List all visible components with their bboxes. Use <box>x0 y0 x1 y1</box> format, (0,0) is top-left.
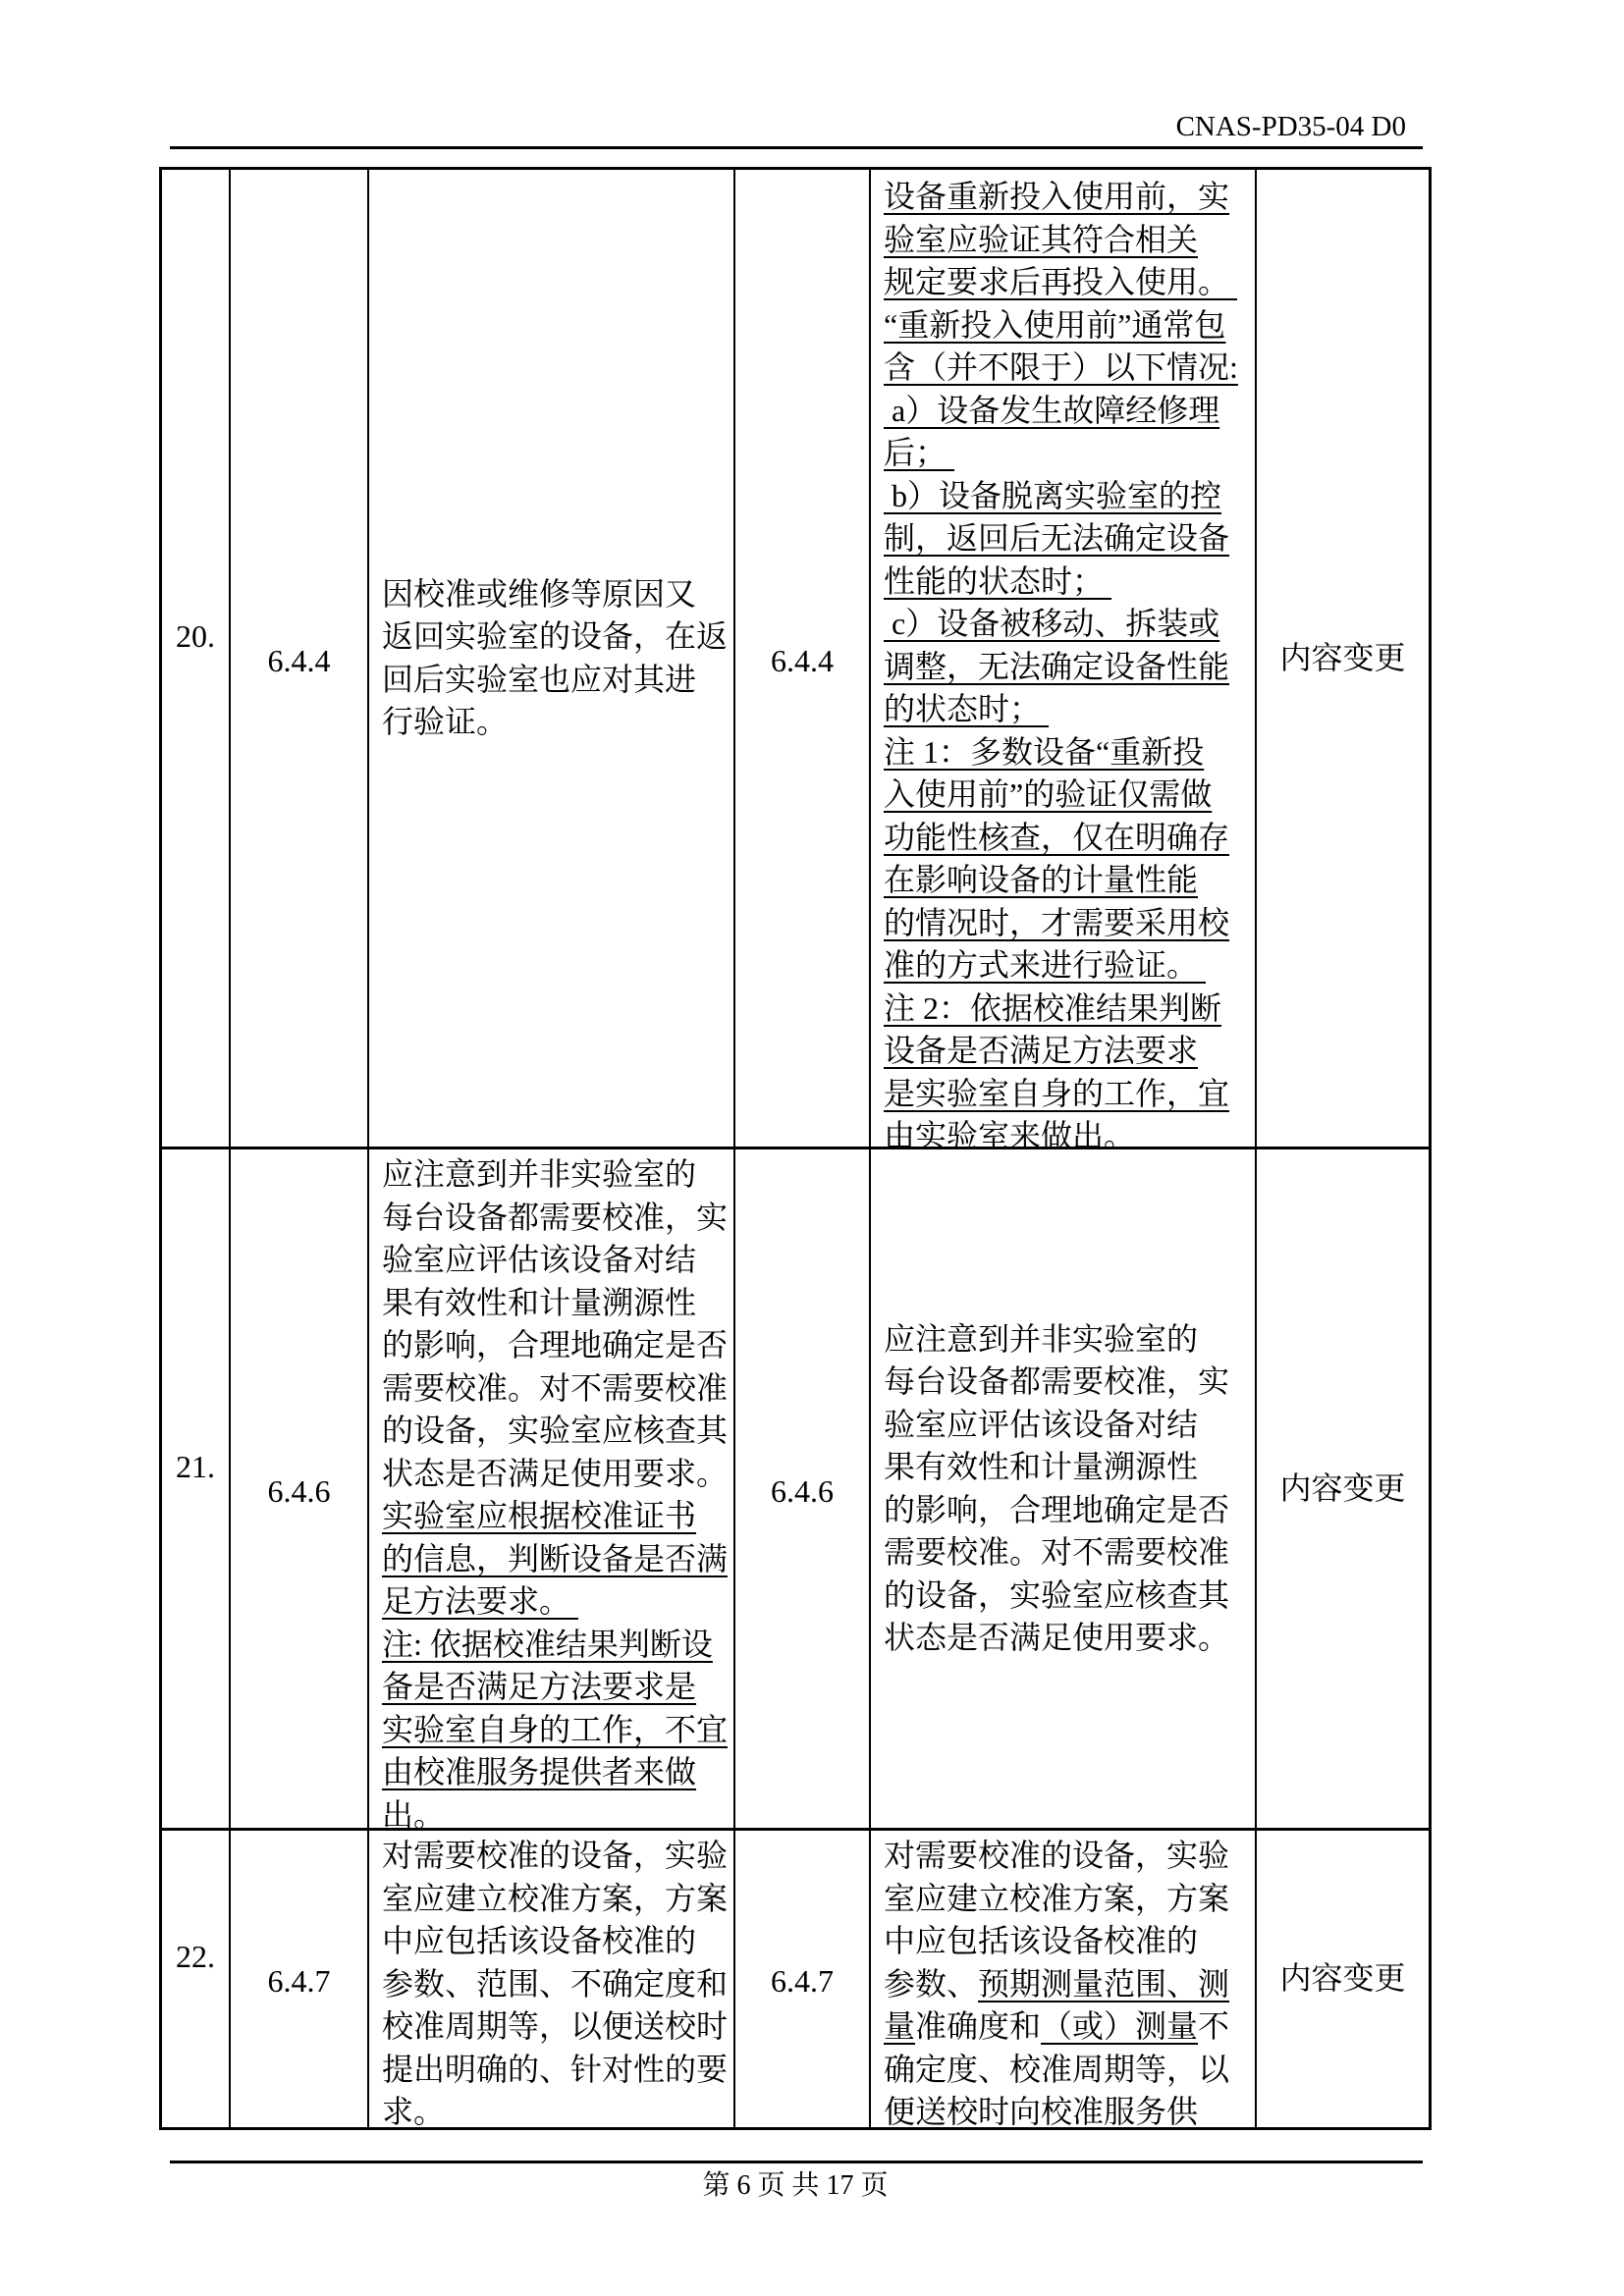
new-clause-cell: 6.4.4 <box>735 170 871 1149</box>
header-rule <box>170 146 1423 149</box>
old-clause-number: 6.4.7 <box>268 1960 331 2003</box>
new-text: 对需要校准的设备，实验 室应建立校准方案，方案 中应包括该设备校准的 参数、预期… <box>884 1835 1249 2127</box>
new-text-cell: 设备重新投入使用前，实 验室应验证其符合相关 规定要求后再投入使用。 “重新投入… <box>871 170 1257 1149</box>
new-text-cell: 应注意到并非实验室的 每台设备都需要校准，实 验室应评估该设备对结 果有效性和计… <box>871 1149 1257 1831</box>
change-type-cell: 内容变更 <box>1257 1149 1429 1831</box>
old-text-cell: 应注意到并非实验室的 每台设备都需要校准，实 验室应评估该设备对结 果有效性和计… <box>369 1149 735 1831</box>
new-text: 设备重新投入使用前，实 验室应验证其符合相关 规定要求后再投入使用。 “重新投入… <box>884 176 1249 1149</box>
row-number: 22. <box>176 1936 215 1979</box>
change-type-cell: 内容变更 <box>1257 1831 1429 2127</box>
new-clause-cell: 6.4.6 <box>735 1149 871 1831</box>
new-clause-cell: 6.4.7 <box>735 1831 871 2127</box>
row-number-cell: 21. <box>162 1149 231 1831</box>
old-text-cell: 对需要校准的设备，实验 室应建立校准方案，方案 中应包括该设备校准的 参数、范围… <box>369 1831 735 2127</box>
old-text: 应注意到并非实验室的 每台设备都需要校准，实 验室应评估该设备对结 果有效性和计… <box>382 1153 728 1831</box>
change-comparison-table: 20. 6.4.4 因校准或维修等原因又 返回实验室的设备，在返 回后实验室也应… <box>159 167 1432 2130</box>
old-text: 因校准或维修等原因又 返回实验室的设备，在返 回后实验室也应对其进 行验证。 <box>382 573 728 744</box>
old-text: 对需要校准的设备，实验 室应建立校准方案，方案 中应包括该设备校准的 参数、范围… <box>382 1835 728 2127</box>
change-type: 内容变更 <box>1279 637 1405 680</box>
page-number: 第 6 页 共 17 页 <box>159 2169 1432 2203</box>
row-number: 20. <box>176 615 215 659</box>
document-code: CNAS-PD35-04 D0 <box>1176 110 1406 143</box>
old-clause-number: 6.4.6 <box>268 1470 331 1514</box>
footer-rule <box>170 2161 1423 2163</box>
change-type: 内容变更 <box>1279 1957 1405 2001</box>
change-type-cell: 内容变更 <box>1257 170 1429 1149</box>
row-number: 21. <box>176 1446 215 1489</box>
old-clause-cell: 6.4.7 <box>231 1831 369 2127</box>
old-clause-number: 6.4.4 <box>268 640 331 683</box>
new-text: 应注意到并非实验室的 每台设备都需要校准，实 验室应评估该设备对结 果有效性和计… <box>884 1318 1249 1660</box>
document-page: CNAS-PD35-04 D0 20. 6.4.4 因校准或维修等原因又 返回实… <box>0 0 1624 2296</box>
old-clause-cell: 6.4.6 <box>231 1149 369 1831</box>
old-clause-cell: 6.4.4 <box>231 170 369 1149</box>
new-clause-number: 6.4.6 <box>771 1470 834 1514</box>
change-type: 内容变更 <box>1279 1468 1405 1511</box>
row-number-cell: 20. <box>162 170 231 1149</box>
new-clause-number: 6.4.7 <box>771 1960 834 2003</box>
row-number-cell: 22. <box>162 1831 231 2127</box>
new-clause-number: 6.4.4 <box>771 640 834 683</box>
old-text-cell: 因校准或维修等原因又 返回实验室的设备，在返 回后实验室也应对其进 行验证。 <box>369 170 735 1149</box>
new-text-cell: 对需要校准的设备，实验 室应建立校准方案，方案 中应包括该设备校准的 参数、预期… <box>871 1831 1257 2127</box>
